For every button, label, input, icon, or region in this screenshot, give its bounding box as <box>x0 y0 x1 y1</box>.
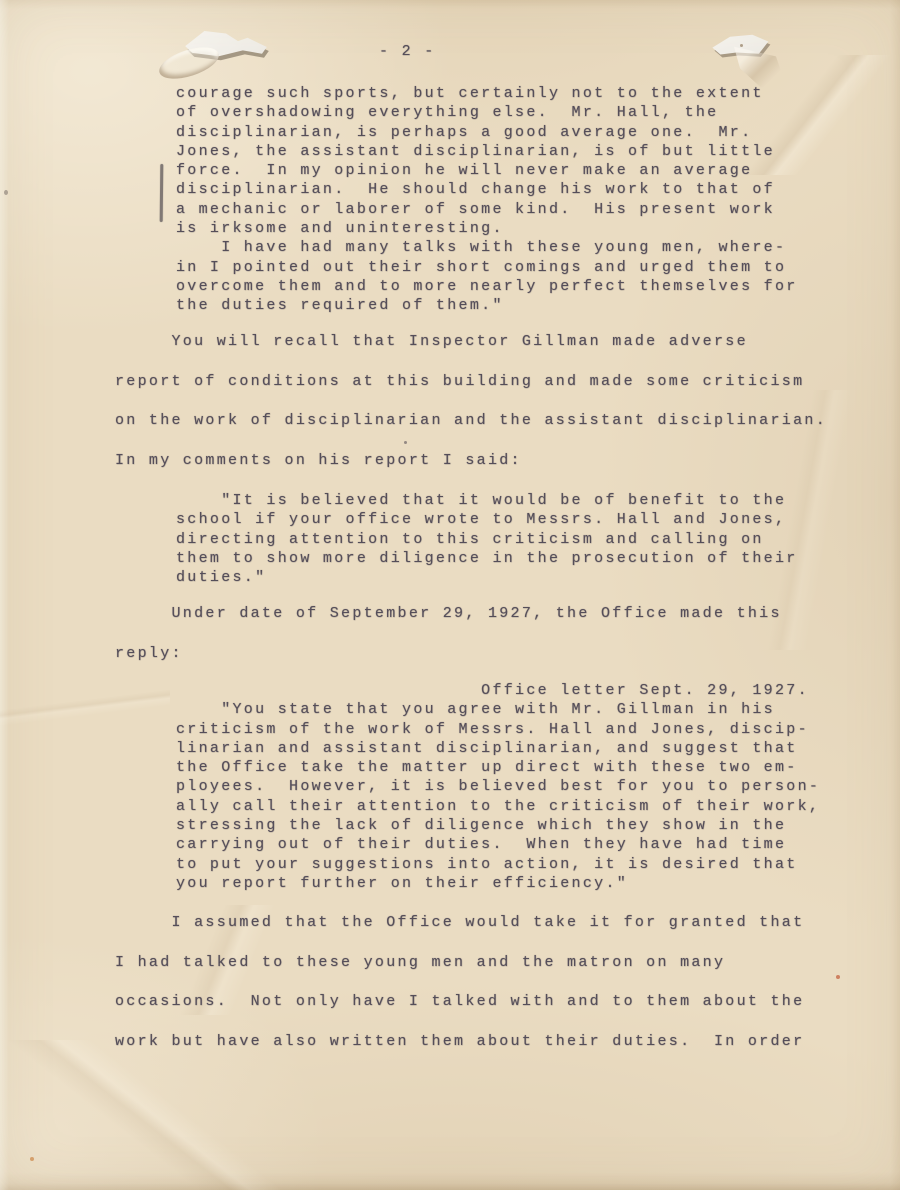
paragraph-under-date: Under date of September 29, 1927, the Of… <box>115 594 782 673</box>
paper-crease <box>0 1040 280 1190</box>
quoted-comment: "It is believed that it would be of bene… <box>176 491 798 587</box>
quoted-office-letter: Office letter Sept. 29, 1927. "You state… <box>176 681 820 893</box>
quoted-report-excerpt: courage such sports, but certainly not t… <box>176 84 798 316</box>
paper-speck <box>30 1157 34 1161</box>
paper-speck <box>740 44 743 47</box>
paper-crease <box>0 670 170 740</box>
paper-speck <box>836 975 840 979</box>
paper-speck <box>4 190 8 195</box>
paragraph-assumed: I assumed that the Office would take it … <box>115 903 804 1061</box>
page-number: - 2 - <box>379 42 436 61</box>
letter-page: - 2 - courage such sports, but certainly… <box>0 0 900 1190</box>
paragraph-recall: You will recall that Inspector Gillman m… <box>115 322 827 480</box>
margin-pencil-line <box>160 164 164 222</box>
